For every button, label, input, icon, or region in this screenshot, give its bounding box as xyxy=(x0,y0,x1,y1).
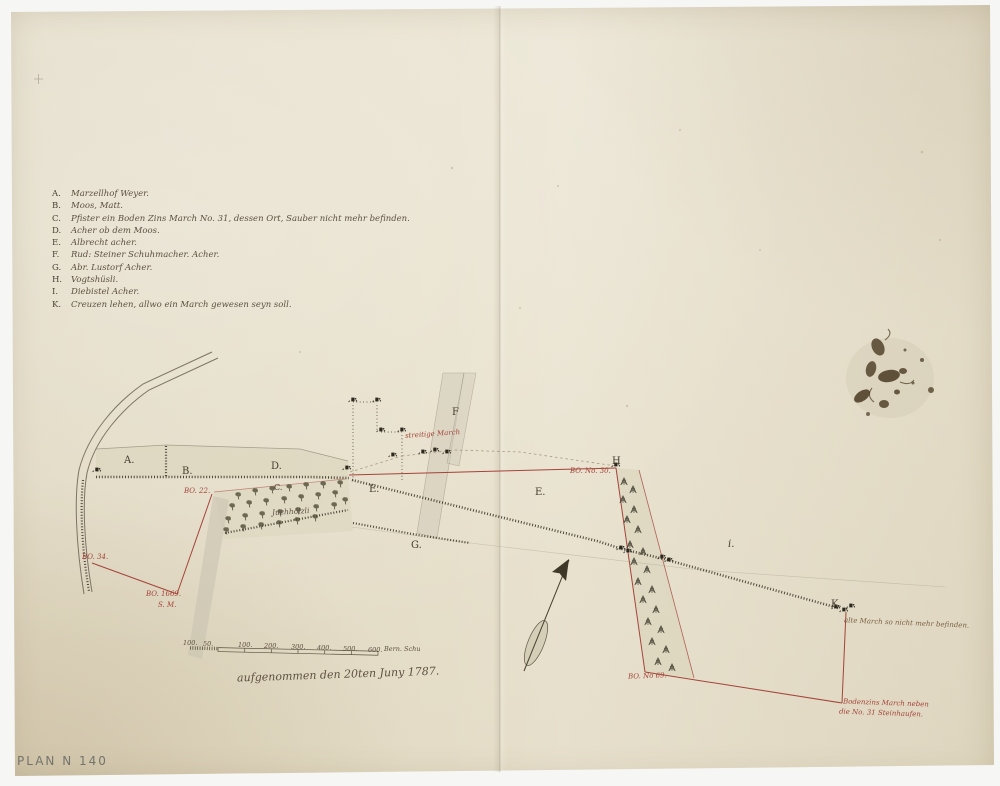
parcel-washes xyxy=(96,373,694,678)
legend-row: A.Marzellhof Weyer. xyxy=(52,188,410,200)
legend-key: D. xyxy=(52,225,71,237)
north-arrow xyxy=(520,559,569,671)
legend-row: H.Vogtshüsli. xyxy=(52,274,410,286)
legend-row: K.Creuzen lehen, allwo ein March gewesen… xyxy=(52,299,410,311)
map-label-b: B. xyxy=(182,466,193,477)
scale-label: 400. xyxy=(317,644,331,652)
legend-text: Abr. Lustorf Acher. xyxy=(71,262,152,274)
offset-dotted-lines xyxy=(353,402,402,482)
legend-text: Marzellhof Weyer. xyxy=(71,188,149,200)
plan-drawing xyxy=(0,0,1000,786)
legend-row: D.Acher ob dem Moos. xyxy=(52,225,410,237)
map-label-k: K. xyxy=(831,599,842,610)
legend-row: I.Diebistel Acher. xyxy=(52,286,410,298)
scale-sub-label: 50. xyxy=(203,640,213,648)
plan-number: PLAN N 140 xyxy=(17,754,108,768)
legend-key: A. xyxy=(52,188,71,200)
legend-key: E. xyxy=(52,237,71,249)
scale-label: 500. xyxy=(343,645,357,653)
ink-blot xyxy=(846,329,934,418)
registration-cross-icon xyxy=(34,74,43,84)
legend-row: C.Pfister ein Boden Zins March No. 31, d… xyxy=(52,213,410,225)
legend-key: F. xyxy=(52,249,71,261)
legend-row: G.Abr. Lustorf Acher. xyxy=(52,262,410,274)
scale-label: 300. xyxy=(291,643,305,651)
legend-text: Pfister ein Boden Zins March No. 31, des… xyxy=(71,213,410,225)
legend-text: Albrecht acher. xyxy=(71,237,137,249)
annotation-sm: S. M. xyxy=(158,601,176,609)
annotation-bo22: BO. 22. xyxy=(184,487,210,495)
annotation-bo-no30: BO. No. 30. xyxy=(570,467,611,475)
scale-sub-label: 100. xyxy=(183,639,197,647)
scanned-plan-page: { "document": { "plan_number": "PLAN N 1… xyxy=(0,0,1000,786)
legend-key: K. xyxy=(52,299,71,311)
map-label-d: D. xyxy=(271,461,282,472)
legend-text: Creuzen lehen, allwo ein March gewesen s… xyxy=(71,299,292,311)
annotation-bo1669: BO. 1669. xyxy=(146,590,181,598)
legend-text: Vogtshüsli. xyxy=(71,274,118,286)
scale-label: 600. xyxy=(368,646,382,654)
legend-row: B.Moos, Matt. xyxy=(52,200,410,212)
map-label-i: i. xyxy=(728,539,734,550)
legend-row: F.Rud: Steiner Schuhmacher. Acher. xyxy=(52,249,410,261)
legend-key: I. xyxy=(52,286,71,298)
map-label-e-right: E. xyxy=(535,487,545,498)
legend: A.Marzellhof Weyer. B.Moos, Matt. C.Pfis… xyxy=(52,188,410,311)
map-label-a: A. xyxy=(124,455,134,466)
map-label-g: G. xyxy=(411,540,422,551)
legend-key: B. xyxy=(52,200,71,212)
legend-text: Rud: Steiner Schuhmacher. Acher. xyxy=(71,249,219,261)
legend-key: H. xyxy=(52,274,71,286)
map-label-h: H xyxy=(612,456,621,467)
map-label-c: C. xyxy=(274,483,282,492)
scale-label: 200. xyxy=(264,642,278,650)
legend-row: E.Albrecht acher. xyxy=(52,237,410,249)
scale-label: 100. xyxy=(238,641,252,649)
legend-text: Diebistel Acher. xyxy=(71,286,139,298)
legend-text: Acher ob dem Moos. xyxy=(71,225,160,237)
legend-key: C. xyxy=(52,213,71,225)
legend-text: Moos, Matt. xyxy=(71,200,123,212)
scale-unit: Bern. Schu xyxy=(384,645,421,653)
annotation-bo34: BO. 34. xyxy=(82,553,108,561)
annotation-bo-no69: BO. No 69. xyxy=(628,671,667,680)
map-label-e-left: E. xyxy=(369,484,379,495)
map-label-f: F xyxy=(452,407,459,418)
legend-key: G. xyxy=(52,262,71,274)
